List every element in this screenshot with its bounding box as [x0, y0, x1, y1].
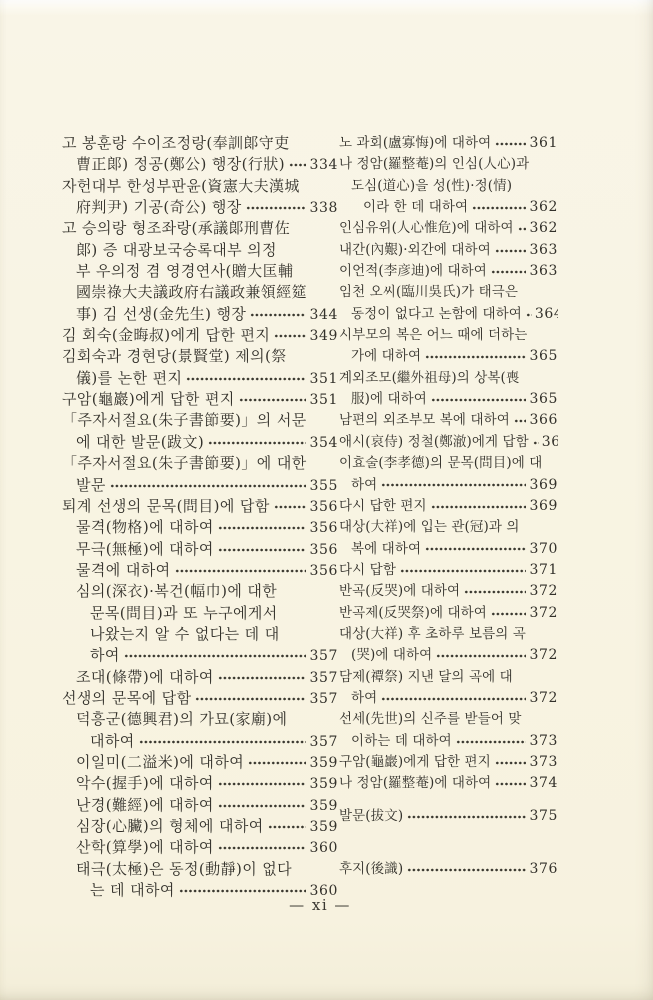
- entry-title: 덕흥군(德興君)의 가묘(家廟)에: [76, 709, 287, 730]
- entry-page-number: 375: [529, 806, 558, 827]
- dot-leader: [381, 692, 526, 706]
- toc-entry: 부 우의정 겸 영경연사(贈大匡輔: [62, 261, 338, 282]
- toc-entry: 나 정암(羅整菴)의 인심(人心)과: [339, 154, 558, 175]
- toc-entry: 물격(物格)에 대하여356: [62, 517, 338, 538]
- toc-entry: 퇴계 선생의 문목(問目)에 답함356: [62, 496, 338, 517]
- entry-title: 난경(難經)에 대하여: [76, 795, 214, 816]
- toc-entry: 府判尹) 기공(奇公) 행장338: [62, 197, 338, 218]
- entry-page-number: 357: [309, 689, 338, 709]
- entry-page-number: 356: [309, 497, 338, 517]
- entry-page-number: 356: [309, 518, 338, 538]
- dot-leader: [491, 265, 527, 279]
- page-number-footer: — xi —: [0, 896, 640, 914]
- entry-page-number: 344: [309, 305, 338, 325]
- toc-entry: 담제(禫祭) 지낸 달의 곡에 대: [339, 667, 558, 688]
- dot-leader: [289, 158, 307, 173]
- toc-entry: 김회숙과 경현당(景賢堂) 제의(祭: [62, 346, 338, 367]
- entry-title: 事) 김 선생(金先生) 행장: [76, 304, 246, 325]
- toc-entry: 김 회숙(金晦叔)에게 답한 편지349: [62, 325, 338, 346]
- dot-leader: [274, 328, 306, 343]
- entry-page-number: 362: [529, 218, 558, 239]
- entry-title: 구암(龜巖)에게 답한 편지: [62, 389, 235, 410]
- entry-title: 임천 오씨(臨川吳氏)가 태극은: [339, 282, 518, 303]
- dot-leader: [533, 436, 539, 450]
- dot-leader: [495, 777, 526, 791]
- toc-entry: 나 정암(羅整菴)에 대하여374: [339, 773, 558, 794]
- toc-entry: 「주자서절요(朱子書節要)」에 대한: [62, 453, 338, 474]
- toc-entry: 하여372: [339, 688, 558, 709]
- dot-leader: [456, 735, 527, 749]
- entry-title: 曹正郞) 정공(鄭公) 행장(行狀): [76, 154, 285, 175]
- toc-entry: 임천 오씨(臨川吳氏)가 태극은: [339, 282, 558, 303]
- dot-leader: [250, 307, 306, 322]
- entry-page-number: 373: [529, 752, 558, 773]
- dot-leader: [464, 585, 526, 599]
- entry-title: 服)에 대하여: [351, 389, 427, 410]
- toc-entry: 애시(哀侍) 정철(鄭澈)에게 답함367: [339, 432, 558, 453]
- dot-leader: [124, 648, 307, 663]
- entry-page-number: 357: [309, 646, 338, 666]
- dot-leader: [218, 520, 307, 535]
- entry-title: 애시(哀侍) 정철(鄭澈)에게 답함: [339, 432, 529, 453]
- entry-page-number: 360: [309, 838, 338, 858]
- toc-entry: 반곡(反哭)에 대하여372: [339, 581, 558, 602]
- dot-leader: [218, 670, 307, 685]
- toc-entry: 대하여357: [62, 731, 338, 752]
- entry-title: 발문: [76, 475, 106, 496]
- entry-title: 고 승의랑 형조좌랑(承議郞刑曹佐: [62, 218, 290, 239]
- entry-page-number: 370: [529, 539, 558, 560]
- entry-title: 문목(問目)과 또 누구에게서: [90, 603, 278, 624]
- toc-entry: 도심(道心)을 성(性)·정(情): [339, 176, 558, 197]
- dot-leader: [246, 200, 307, 215]
- entry-title: 무극(無極)에 대하여: [76, 539, 214, 560]
- entry-page-number: 367: [542, 432, 558, 453]
- dot-leader: [518, 222, 527, 236]
- entry-title: 내간(內艱)·외간에 대하여: [339, 240, 491, 261]
- dot-leader: [425, 542, 526, 556]
- dot-leader: [208, 435, 306, 450]
- entry-title: 선생의 문목에 답함: [62, 688, 191, 709]
- entry-title: 「주자서절요(朱子書節要)」의 서문: [62, 410, 307, 431]
- entry-title: 태극(太極)은 동정(動靜)이 없다: [76, 859, 292, 880]
- toc-page: 고 봉훈랑 수이조정랑(奉訓郞守吏曹正郞) 정공(鄭公) 행장(行狀)334자헌…: [0, 0, 653, 1000]
- entry-title: 산학(算學)에 대하여: [76, 837, 214, 858]
- dot-leader: [218, 542, 307, 557]
- entry-title: 나왔는지 알 수 없다는 데 대: [90, 624, 280, 645]
- entry-title: 「주자서절요(朱子書節要)」에 대한: [62, 453, 307, 474]
- toc-entry: 이일미(二溢米)에 대하여359: [62, 752, 338, 773]
- entry-title: 심장(心臟)의 형체에 대하여: [76, 816, 264, 837]
- toc-entry: 다시 답한 편지369: [339, 496, 558, 517]
- entry-page-number: 369: [529, 496, 558, 517]
- entry-title: 남편의 외조부모 복에 대하여: [339, 410, 510, 431]
- toc-entry: 무극(無極)에 대하여356: [62, 539, 338, 560]
- toc-entry: 조대(條帶)에 대하여357: [62, 667, 338, 688]
- entry-title: 후지(後識): [339, 859, 403, 880]
- dot-leader: [407, 863, 526, 877]
- entry-page-number: 365: [529, 346, 558, 367]
- dot-leader: [495, 756, 527, 770]
- toc-entry: 이라 한 데 대하여362: [339, 197, 558, 218]
- entry-title: 이효술(李孝德)의 문목(問目)에 대: [339, 453, 542, 474]
- toc-entry: 고 봉훈랑 수이조정랑(奉訓郞守吏: [62, 133, 338, 154]
- toc-entry: 심장(心臟)의 형체에 대하여359: [62, 816, 338, 837]
- entry-title: 자헌대부 한성부판윤(資憲大夫漢城: [62, 176, 300, 197]
- entry-page-number: 356: [309, 540, 338, 560]
- toc-entry: 심의(深衣)·복건(幅巾)에 대한: [62, 581, 338, 602]
- toc-entry: 내간(內艱)·외간에 대하여363: [339, 240, 558, 261]
- entry-title: 계외조모(繼外祖母)의 상복(喪: [339, 368, 519, 389]
- toc-column-right: 노 과회(盧寡悔)에 대하여361나 정암(羅整菴)의 인심(人心)과도심(道心…: [339, 133, 558, 880]
- toc-entry: 발문355: [62, 475, 338, 496]
- toc-entry: 나왔는지 알 수 없다는 데 대: [62, 624, 338, 645]
- entry-title: 國崇祿大夫議政府右議政兼領經筵: [76, 282, 307, 303]
- entry-title: 부 우의정 겸 영경연사(贈大匡輔: [76, 261, 293, 282]
- toc-entry: 하여369: [339, 475, 558, 496]
- entry-title: 대상(大祥)에 입는 관(冠)과 의: [339, 517, 520, 538]
- entry-title: 이하는 데 대하여: [351, 731, 452, 752]
- toc-entry: 國崇祿大夫議政府右議政兼領經筵: [62, 282, 338, 303]
- toc-entry: 이효술(李孝德)의 문목(問目)에 대: [339, 453, 558, 474]
- entry-page-number: 351: [309, 390, 338, 410]
- toc-entry: 덕흥군(德興君)의 가묘(家廟)에: [62, 709, 338, 730]
- toc-entry: 대상(大祥) 후 초하루 보름의 곡: [339, 624, 558, 645]
- toc-column-left: 고 봉훈랑 수이조정랑(奉訓郞守吏曹正郞) 정공(鄭公) 행장(行狀)334자헌…: [62, 133, 338, 901]
- dot-leader: [274, 499, 307, 514]
- toc-entry: 시부모의 복은 어느 때에 더하는: [339, 325, 558, 346]
- dot-leader: [495, 137, 526, 151]
- toc-entry: 문목(問目)과 또 누구에게서: [62, 603, 338, 624]
- dot-leader: [218, 841, 307, 856]
- toc-entry: 남편의 외조부모 복에 대하여366: [339, 410, 558, 431]
- entry-title: 심의(深衣)·복건(幅巾)에 대한: [76, 581, 277, 602]
- entry-title: 하여: [351, 688, 377, 709]
- entry-title: 발문(拔文): [339, 806, 403, 827]
- entry-page-number: 372: [529, 603, 558, 624]
- toc-entry: 事) 김 선생(金先生) 행장344: [62, 304, 338, 325]
- dot-leader: [491, 606, 527, 620]
- entry-page-number: 373: [529, 731, 558, 752]
- entry-title: 고 봉훈랑 수이조정랑(奉訓郞守吏: [62, 133, 290, 154]
- entry-title: 대상(大祥) 후 초하루 보름의 곡: [339, 624, 526, 645]
- entry-page-number: 376: [529, 859, 558, 880]
- dot-leader: [495, 244, 527, 258]
- toc-entry: 에 대한 발문(跋文)354: [62, 432, 338, 453]
- entry-title: 복에 대하여: [351, 539, 421, 560]
- toc-entry: 선세(先世)의 신주를 받들어 맞: [339, 709, 558, 730]
- entry-title: 다시 답함: [339, 560, 396, 581]
- entry-title: 이일미(二溢米)에 대하여: [76, 752, 244, 773]
- toc-entry: 복에 대하여370: [339, 539, 558, 560]
- entry-title: 물격에 대하여: [76, 560, 171, 581]
- entry-title: 도심(道心)을 성(性)·정(情): [351, 176, 512, 197]
- entry-page-number: 357: [309, 668, 338, 688]
- dot-leader: [110, 478, 307, 493]
- entry-title: 인심유위(人心惟危)에 대하여: [339, 218, 514, 239]
- toc-entry: 악수(握手)에 대하여359: [62, 773, 338, 794]
- entry-title: 물격(物格)에 대하여: [76, 517, 214, 538]
- entry-title: 府判尹) 기공(奇公) 행장: [76, 197, 242, 218]
- entry-title: 시부모의 복은 어느 때에 더하는: [339, 325, 527, 346]
- toc-entry: 구암(龜巖)에게 답한 편지373: [339, 752, 558, 773]
- toc-entry: 선생의 문목에 답함357: [62, 688, 338, 709]
- toc-entry: 계외조모(繼外祖母)의 상복(喪: [339, 368, 558, 389]
- entry-title: 노 과회(盧寡悔)에 대하여: [339, 133, 491, 154]
- toc-entry: 노 과회(盧寡悔)에 대하여361: [339, 133, 558, 154]
- dot-leader: [526, 308, 532, 322]
- entry-title: 악수(握手)에 대하여: [76, 773, 214, 794]
- entry-page-number: 363: [529, 261, 558, 282]
- entry-title: 儀)를 논한 편지: [76, 368, 182, 389]
- entry-page-number: 357: [309, 732, 338, 752]
- dot-leader: [218, 776, 307, 791]
- toc-entry: 구암(龜巖)에게 답한 편지351: [62, 389, 338, 410]
- toc-entry: 가에 대하여365: [339, 346, 558, 367]
- entry-page-number: 349: [309, 326, 338, 346]
- entry-title: 김 회숙(金晦叔)에게 답한 편지: [62, 325, 270, 346]
- entry-title: 담제(禫祭) 지낸 달의 곡에 대: [339, 667, 513, 688]
- entry-page-number: 356: [309, 561, 338, 581]
- toc-entry: 다시 답함371: [339, 560, 558, 581]
- entry-title: 이라 한 데 대하여: [363, 197, 468, 218]
- entry-title: 반곡제(反哭祭)에 대하여: [339, 603, 487, 624]
- entry-title: 선세(先世)의 신주를 받들어 맞: [339, 709, 522, 730]
- entry-title: 나 정암(羅整菴)의 인심(人心)과: [339, 154, 529, 175]
- entry-title: 구암(龜巖)에게 답한 편지: [339, 752, 491, 773]
- entry-title: 조대(條帶)에 대하여: [76, 667, 214, 688]
- entry-title: 이언적(李彦迪)에 대하여: [339, 261, 487, 282]
- entry-title: 郞) 증 대광보국숭록대부 의정: [76, 240, 277, 261]
- entry-page-number: 351: [309, 369, 338, 389]
- entry-page-number: 359: [309, 817, 338, 837]
- entry-page-number: 364: [535, 304, 558, 325]
- toc-entry: 「주자서절요(朱子書節要)」의 서문: [62, 410, 338, 431]
- toc-entry: 자헌대부 한성부판윤(資憲大夫漢城: [62, 176, 338, 197]
- entry-page-number: 354: [309, 433, 338, 453]
- toc-entry: 동정이 없다고 논함에 대하여364: [339, 304, 558, 325]
- toc-entry: 후지(後識)376: [339, 859, 558, 880]
- dot-leader: [239, 392, 307, 407]
- toc-entry: 고 승의랑 형조좌랑(承議郞刑曹佐: [62, 218, 338, 239]
- entry-title: 나 정암(羅整菴)에 대하여: [339, 773, 491, 794]
- dot-leader: [218, 798, 307, 813]
- entry-title: 퇴계 선생의 문목(問目)에 답함: [62, 496, 270, 517]
- dot-leader: [400, 564, 527, 578]
- entry-page-number: 369: [529, 475, 558, 496]
- dot-leader: [431, 500, 527, 514]
- entry-page-number: 359: [309, 774, 338, 794]
- toc-entry: 曹正郞) 정공(鄭公) 행장(行狀)334: [62, 154, 338, 175]
- dot-leader: [186, 371, 306, 386]
- entry-page-number: 362: [529, 197, 558, 218]
- entry-title: 반곡(反哭)에 대하여: [339, 581, 460, 602]
- entry-page-number: 366: [529, 410, 558, 431]
- toc-entry: 발문(拔文)375: [339, 806, 558, 827]
- toc-entry: 태극(太極)은 동정(動靜)이 없다: [62, 859, 338, 880]
- entry-page-number: 372: [529, 581, 558, 602]
- toc-entry: 하여357: [62, 645, 338, 666]
- entry-page-number: 359: [309, 796, 338, 816]
- entry-page-number: 374: [529, 773, 558, 794]
- dot-leader: [436, 649, 526, 663]
- toc-entry: 服)에 대하여365: [339, 389, 558, 410]
- toc-entry: 郞) 증 대광보국숭록대부 의정: [62, 240, 338, 261]
- entry-title: 하여: [90, 645, 120, 666]
- toc-entry: 난경(難經)에 대하여359: [62, 795, 338, 816]
- toc-entry: 이언적(李彦迪)에 대하여363: [339, 261, 558, 282]
- toc-entry: 반곡제(反哭祭)에 대하여372: [339, 603, 558, 624]
- entry-page-number: 371: [529, 560, 558, 581]
- toc-entry: 산학(算學)에 대하여360: [62, 837, 338, 858]
- entry-page-number: 361: [529, 133, 558, 154]
- entry-page-number: 372: [529, 645, 558, 666]
- dot-leader: [407, 810, 526, 824]
- toc-entry: 이하는 데 대하여373: [339, 731, 558, 752]
- dot-leader: [268, 819, 307, 834]
- entry-page-number: 363: [529, 240, 558, 261]
- entry-title: (哭)에 대하여: [351, 645, 432, 666]
- entry-page-number: 338: [309, 198, 338, 218]
- toc-entry: 물격에 대하여356: [62, 560, 338, 581]
- dot-leader: [425, 350, 526, 364]
- dot-leader: [175, 563, 307, 578]
- entry-page-number: 355: [309, 476, 338, 496]
- dot-leader: [248, 755, 306, 770]
- toc-entry: 인심유위(人心惟危)에 대하여362: [339, 218, 558, 239]
- entry-page-number: 359: [309, 753, 338, 773]
- entry-title: 대하여: [90, 731, 135, 752]
- dot-leader: [431, 393, 527, 407]
- entry-title: 하여: [351, 475, 377, 496]
- entry-page-number: 365: [529, 389, 558, 410]
- entry-page-number: 334: [309, 155, 338, 175]
- dot-leader: [195, 691, 306, 706]
- entry-title: 가에 대하여: [351, 346, 421, 367]
- entry-title: 동정이 없다고 논함에 대하여: [351, 304, 522, 325]
- dot-leader: [381, 478, 526, 492]
- dot-leader: [139, 734, 307, 749]
- toc-entry: 儀)를 논한 편지351: [62, 368, 338, 389]
- dot-leader: [472, 201, 526, 215]
- toc-entry: (哭)에 대하여372: [339, 645, 558, 666]
- entry-title: 김회숙과 경현당(景賢堂) 제의(祭: [62, 346, 287, 367]
- dot-leader: [514, 414, 527, 428]
- toc-entry: 대상(大祥)에 입는 관(冠)과 의: [339, 517, 558, 538]
- entry-page-number: 372: [529, 688, 558, 709]
- entry-title: 다시 답한 편지: [339, 496, 427, 517]
- entry-title: 에 대한 발문(跋文): [76, 432, 204, 453]
